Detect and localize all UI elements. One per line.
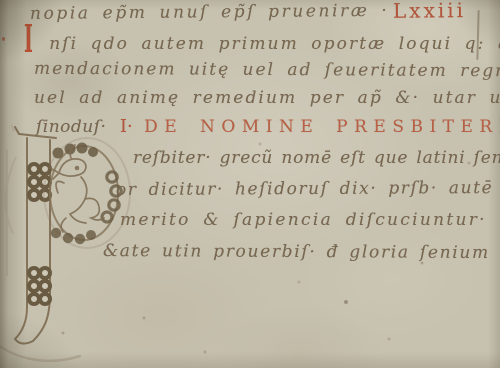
line-2-text: nſi qdo autem primum oportæ loqui q: ade [49, 34, 500, 54]
show-through-curve [1, 347, 80, 361]
line-3-text: mendacionem uitę uel ad ſeueritatem regn… [34, 59, 500, 82]
line-7-text: or dicitur· heſidoruſ dix· prſb· autē [116, 178, 493, 200]
chapter-number: Lxxiii [393, 0, 466, 23]
parchment-specks [0, 0, 2, 2]
initial-p-stem [15, 127, 56, 344]
stem-beads [29, 164, 50, 304]
text-line-9: &ate utin prouerbiſ· đ gloria ſenium [103, 241, 490, 263]
line-9-text: &ate utin prouerbiſ· đ gloria ſenium [103, 241, 490, 263]
manuscript-page: nopia ep̃m unuſ ep̃ſ prueniræ · Lxxiii I… [0, 0, 500, 368]
show-through-marks [3, 125, 16, 275]
text-line-7: or dicitur· heſidoruſ dix· prſb· autē [116, 178, 493, 200]
rubric-numeral: I· [120, 116, 133, 137]
line-5-text: ſinoduſ· [36, 117, 106, 137]
red-ink-speck [2, 37, 5, 41]
text-line-3: mendacionem uitę uel ad ſeueritatem regn… [34, 59, 500, 82]
text-line-8: merito & ſapiencia diſcuciuntur· p̃ [120, 210, 500, 230]
line-1-text: nopia ep̃m unuſ ep̃ſ prueniræ · [30, 1, 390, 28]
line-6-text: reſbiter· grecũ nomē eſt que latini ſeni [133, 148, 500, 168]
rubric-title: DE NOMINE PRESBITERI· [144, 117, 500, 137]
line-8-text: merito & ſapiencia diſcuciuntur· p̃ [120, 210, 500, 230]
text-line-1: nopia ep̃m unuſ ep̃ſ prueniræ · Lxxiii [30, 0, 466, 28]
text-line-5: ſinoduſ· I· DE NOMINE PRESBITERI· [36, 116, 500, 137]
rubric-initial-i: I [24, 30, 33, 48]
text-line-6: reſbiter· grecũ nomē eſt que latini ſeni [133, 148, 500, 168]
text-line-2: I nſi qdo autem primum oportæ loqui q: a… [24, 27, 500, 54]
text-line-4: uel ad animę remedium per ap̃ &· utar ue… [34, 88, 500, 108]
line-4-text: uel ad animę remedium per ap̃ &· utar ue… [34, 88, 500, 108]
